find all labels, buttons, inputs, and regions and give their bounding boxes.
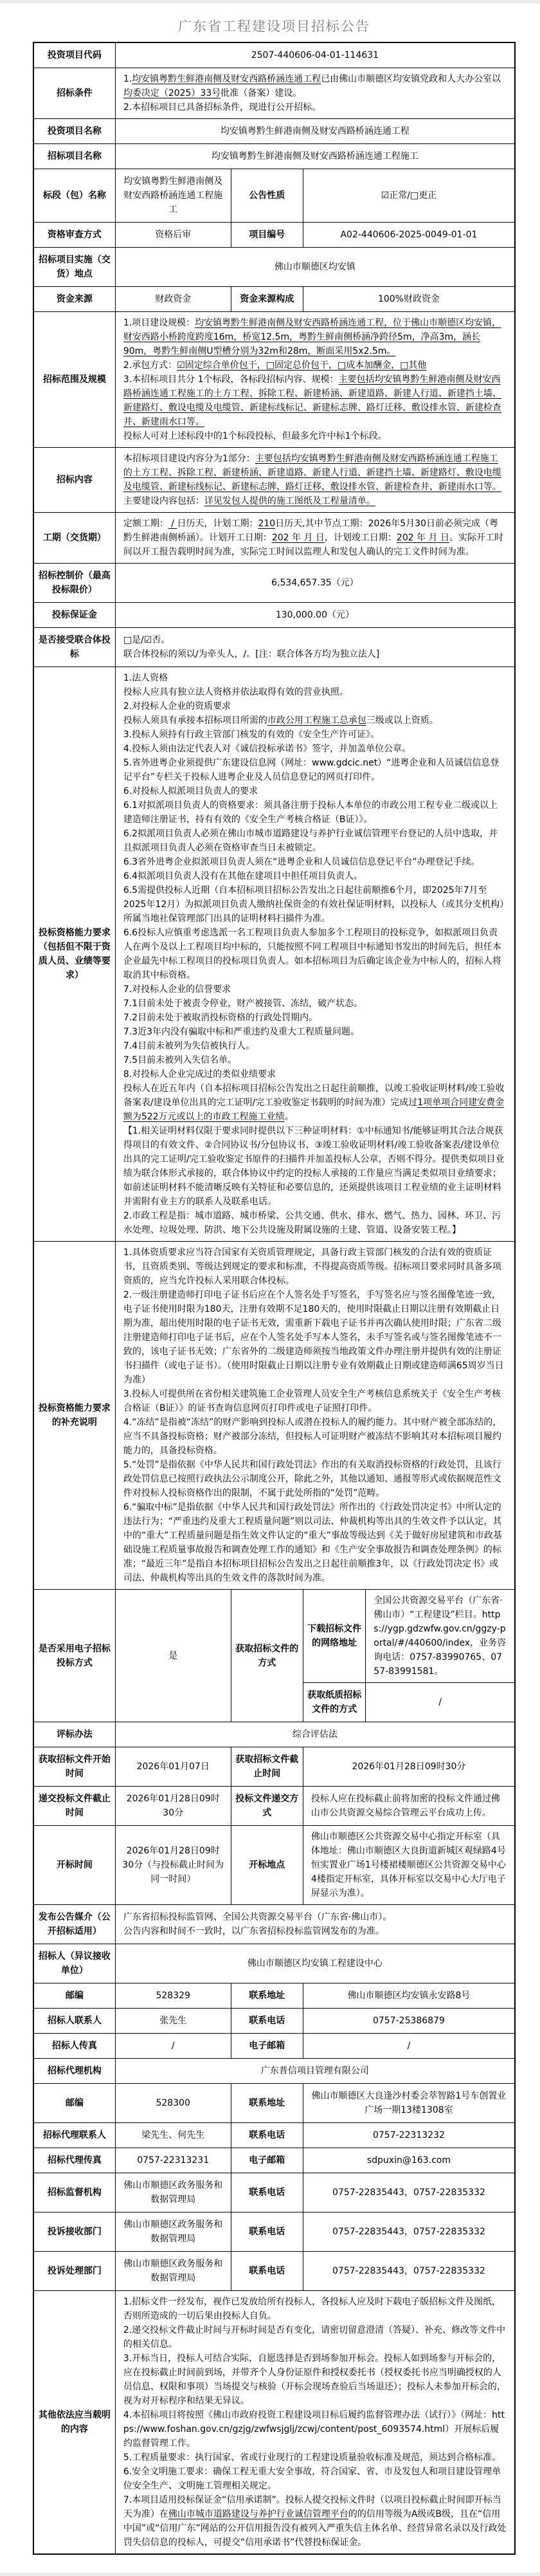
row-agency-fax: 招标代理传真 0757-22313231 电子邮箱 sdpuxin@163.co… [33,2148,515,2173]
qualification-requirements-label: 投标资格能力要求（包括但不限于资质人员、业绩等要求） [33,667,115,1242]
paragraph: 2.承包方式：☑固定综合单价包干，□固定总价包干，□成本加酬金，□其他 [123,358,507,373]
paragraph: 6.“骗取中标”是指依据《中华人民共和国行政处罚法》所作出的《行政处罚决定书》中… [123,1500,507,1585]
row-duration: 工期（交货期） 定额工期： / 日历天，计划工期：210日历天,其中节点工期：2… [33,513,515,564]
paragraph: 7.3近3年内没有骗取中标和严重违约及重大工程质量问题。 [123,1025,507,1039]
row-bid-opening: 开标时间 2026年01月28日09时30分（与投标截止时间为同一时间） 开标地… [33,1826,515,1905]
delivery-place-label: 招标项目实施（交货）地点 [33,248,115,287]
paragraph: 5.工程质量要求：执行国家、省或行业现行的工程建设质量验收标准及规范，须达到合格… [123,2451,507,2465]
complaint-receiving-value: 佛山市顺德区政务服务和数据管理局 [115,2213,231,2252]
paragraph: 4.“冻结”是指被“冻结”的财产影响到投标人或潜在投标人的履约能力。其中财产被全… [123,1415,507,1458]
paragraph: 投标人在近五年内（自本招标项目招标公告发出之日起往前顺推，以竣工验收证明材料/竣… [123,1081,507,1124]
evaluation-method-value: 综合评估法 [115,1722,515,1747]
download-address-label: 下载招标文件的网络地址 [303,1590,365,1683]
row-project-code: 投资项目代码 2507-440606-04-01-114631 [33,42,515,68]
other-contents-value: 1.招标文件一经发布，视作已发放给所有投标人，各投标人应及时下载电子版招标文件及… [115,2291,515,2555]
tenderer-postcode-value: 528329 [115,1983,231,2009]
text-segment-underlined: 210 [258,519,275,529]
tenderer-fax-value: / [115,2034,231,2059]
project-number-label: 项目编号 [231,223,303,248]
paragraph: 8.对投标人企业完成过的类似业绩要求 [123,1067,507,1081]
submission-method-label: 投标文件递交方式 [231,1787,303,1826]
tender-content-label: 招标内容 [33,448,115,513]
announcement-table: 投资项目代码 2507-440606-04-01-114631 招标条件 1.均… [33,42,516,2555]
agency-value: 广东普信项目管理有限公司 [115,2059,515,2084]
paragraph: 本招标项目建设内容分为1部分：主要包括均安镇粤黔生鲜港南侧及财安西路桥涵连通工程… [123,452,507,494]
qualification-requirements-value: 1.法人资格 投标人应具有独立法人资格并依法取得有效的营业执照。 2.对投标人企… [115,667,515,1242]
agency-label: 招标代理机构 [33,2059,115,2084]
document-start-time-value: 2026年01月07日 [115,1747,231,1787]
complaint-receiving-label: 投诉接收部门 [33,2213,115,2252]
bid-opening-time-label: 开标时间 [33,1826,115,1905]
tender-content-value: 本招标项目建设内容分为1部分：主要包括均安镇粤黔生鲜港南侧及财安西路桥涵连通工程… [115,448,515,513]
text-segment: 1. [123,74,132,84]
download-address-value: 全国公共资源交易平台（广东省·佛山市）“工程建设”栏目。https://ygp.… [366,1590,515,1683]
bid-opening-place-value: 佛山市顺德区公共资源交易中心指定开标室（具体地址：佛山市顺德区大良街道新城区观绿… [303,1826,515,1905]
row-electronic-bidding: 是否采用电子招标投标方式 是 获取招标文件的方式 下载招标文件的网络地址 全国公… [33,1590,515,1683]
supervisor-label: 招标监督机构 [33,2173,115,2213]
row-tenderer-fax: 招标人传真 / 电子邮箱 / [33,2034,515,2059]
paragraph: 3.投标人可提供所在省份相关建筑施工企业管理人员安全生产考核信息系统关于《安全生… [123,1387,507,1415]
row-supervisor: 招标监督机构 佛山市顺德区政务服务和数据管理局 联系电话 0757-228354… [33,2173,515,2213]
tenderer-phone-label: 联系电话 [231,2009,303,2034]
funding-source-label: 资金来源 [33,287,115,312]
text-segment: 1.项目建设规模： [123,318,195,328]
complaint-handling-phone-value: 0757-22835443，0757-22835332 [303,2252,515,2291]
paragraph: □是/☑否。 [123,633,507,647]
paragraph: 【1.相关证明材料仅限于要求同时提供以下三种证明材料：①中标通知书/能够证明其合… [123,1124,507,1209]
row-submission-deadline: 递交投标文件截止时间 2026年01月28日09时30分 投标文件递交方式 投标… [33,1787,515,1826]
tenderer-address-label: 联系地址 [231,1983,303,2009]
tenderer-label: 招标人（异议接收单位） [33,1944,115,1983]
agency-fax-label: 招标代理传真 [33,2148,115,2173]
consortium-value: □是/☑否。 联合体投标的须以/为牵头人，/。[注：联合体各方均为独立法人] [115,628,515,667]
complaint-handling-value: 佛山市顺德区政务服务和数据管理局 [115,2252,231,2291]
row-complaint-handling: 投诉处理部门 佛山市顺德区政务服务和数据管理局 联系电话 0757-228354… [33,2252,515,2291]
announcement-media-value: 广东省招标投标监管网、全国公共资源交易平台（广东省·佛山市）。 公告内容和时间不… [115,1905,515,1944]
text-segment-underlined: 市政公用工程施工总承包 [267,715,366,726]
tender-conditions-value: 1.均安镇粤黔生鲜港南侧及财安西路桥涵连通工程已由佛山市顺德区均安镇党政和人大办… [115,68,515,119]
paragraph: 6.6投标人应慎重考虑选派一名工程项目负责人参加多个工程项目的投标竞争，如拟派项… [123,926,507,982]
funding-composition-label: 资金来源构成 [231,287,303,312]
paragraph: 7.对投标人企业的信誉要求 [123,982,507,997]
tenderer-email-value: / [303,2034,515,2059]
text-segment: 已由佛山市顺德区均安镇党政和人大办公室以 [321,74,501,84]
bid-bond-value: 130,000.00（元） [115,603,515,628]
complaint-handling-phone-label: 联系电话 [231,2252,303,2291]
paper-document-label: 获取纸质招标文件的方式 [303,1683,365,1722]
document-start-time-label: 获取招标文件开始时间 [33,1747,115,1787]
agency-contact-label: 招标代理联系人 [33,2123,115,2148]
supervisor-phone-label: 联系电话 [231,2173,303,2213]
tender-scope-label: 招标范围及规模 [33,312,115,448]
agency-contact-value: 梁先生、何先生 [115,2123,231,2148]
paragraph: 投标人可对上述标段中的1个标段投标，但最多允许中标1个标段。 [123,429,507,443]
paragraph: 1.招标文件一经发布，视作已发放给所有投标人，各投标人应及时下载电子版招标文件及… [123,2295,507,2323]
row-tender-project-name: 招标项目名称 均安镇粤黔生鲜港南侧及财安西路桥涵连通工程施工 [33,144,515,169]
control-price-label: 招标控制价（最高投标限价） [33,564,115,603]
document-deadline-value: 2026年01月28日09时30分 [303,1747,515,1787]
evaluation-method-label: 评标办法 [33,1722,115,1747]
paragraph: 6.5需提供投标人近期（自本招标项目招标公告发出之日起往前顺推6个月，即2025… [123,883,507,926]
row-agency-contact: 招标代理联系人 梁先生、何先生 联系电话 0757-22313232 [33,2123,515,2148]
row-qualification-review: 资格审查方式 资格后审 项目编号 A02-440606-2025-0049-01… [33,223,515,248]
paragraph: 7.本项目适用投标保证金“信用承诺制”。投标人提交投标文件时（以项目投标截止时间… [123,2493,507,2550]
row-agency: 招标代理机构 广东普信项目管理有限公司 [33,2059,515,2084]
submission-method-value: 投标人应在投标截止前将加密的投标文件通过佛山市公共资源交易综合管理云平台成功上传… [303,1787,515,1826]
paragraph: 6.2拟派项目负责人必须在佛山市城市道路建设与养护行业诚信管理平台登记的人员中选… [123,827,507,855]
row-evaluation-method: 评标办法 综合评估法 [33,1722,515,1747]
agency-postcode-label: 邮编 [33,2084,115,2123]
text-segment: 本招标项目建设内容分为1部分： [123,454,255,464]
row-qualification-supplement: 投标资格能力要求的补充说明 1.具体资质要求应当符合国家有关资质管理规定，具备行… [33,1242,515,1590]
complaint-handling-label: 投诉处理部门 [33,2252,115,2291]
text-segment-underlined: 均委决定（2025）33号 [123,88,221,98]
other-contents-label: 其他依法应当载明的内容 [33,2291,115,2555]
row-tenderer-postcode: 邮编 528329 联系地址 佛山市顺德区均安镇永安路8号 [33,1983,515,2009]
bid-opening-time-value: 2026年01月28日09时30分（与投标截止时间为同一时间） [115,1826,231,1905]
consortium-label: 是否接受联合体投标 [33,628,115,667]
row-other-contents: 其他依法应当载明的内容 1.招标文件一经发布，视作已发放给所有投标人，各投标人应… [33,2291,515,2555]
paragraph: 1.均安镇粤黔生鲜港南侧及财安西路桥涵连通工程已由佛山市顺德区均安镇党政和人大办… [123,72,507,100]
supervisor-value: 佛山市顺德区政务服务和数据管理局 [115,2173,231,2213]
bid-opening-place-label: 开标地点 [231,1826,303,1905]
investment-project-name-label: 投资项目名称 [33,119,115,144]
text-segment-underlined: / [168,519,177,529]
project-code-label: 投资项目代码 [33,42,115,68]
agency-phone-label: 联系电话 [231,2123,303,2148]
row-document-time: 获取招标文件开始时间 2026年01月07日 获取招标文件截止时间 2026年0… [33,1747,515,1787]
row-bid-bond: 投标保证金 130,000.00（元） [33,603,515,628]
text-segment: 2.承包方式： [123,360,177,371]
row-complaint-receiving: 投诉接收部门 佛山市顺德区政务服务和数据管理局 联系电话 0757-228354… [33,2213,515,2252]
duration-label: 工期（交货期） [33,513,115,564]
paragraph: 公告内容和时间不一致时，以广东省招标投标监管网发布的为准。 [123,1924,507,1938]
announcement-document: 广东省工程建设项目招标公告 投资项目代码 2507-440606-04-01-1… [0,3,540,2555]
row-tender-conditions: 招标条件 1.均安镇粤黔生鲜港南侧及财安西路桥涵连通工程已由佛山市顺德区均安镇党… [33,68,515,119]
paragraph: 3.本招标项目共分 1个标段，各标段招标内容、规模：主要包括均安镇粤黔生鲜港南侧… [123,373,507,429]
paragraph: 投标人须具有承接本招标项目所需的市政公用工程施工总承包三级或以上资质。 [123,713,507,728]
bid-bond-label: 投标保证金 [33,603,115,628]
complaint-receiving-phone-value: 0757-22835443，0757-22835332 [303,2213,515,2252]
tender-project-name-value: 均安镇粤黔生鲜港南侧及财安西路桥涵连通工程施工 [115,144,515,169]
control-price-value: 6,534,657.35（元） [115,564,515,603]
text-segment: 三级或以上资质。 [366,715,438,726]
tender-project-name-label: 招标项目名称 [33,144,115,169]
row-control-price: 招标控制价（最高投标限价） 6,534,657.35（元） [33,564,515,603]
qualification-review-label: 资格审查方式 [33,223,115,248]
row-agency-postcode: 邮编 528300 联系地址 佛山市顺德区大良逢沙村委会萃智路1号车创置业广场一… [33,2084,515,2123]
qualification-review-value: 资格后审 [115,223,231,248]
funding-source-value: 财政资金 [115,287,231,312]
row-section-name: 标段（包）名称 均安镇粤黔生鲜港南侧及财安西路桥涵连通工程施工 公告性质 ☑正常… [33,169,515,223]
tenderer-contact-value: 张先生 [115,2009,231,2034]
tender-conditions-label: 招标条件 [33,68,115,119]
tenderer-value: 佛山市顺德区均安镇工程建设中心 [115,1944,515,1983]
section-name-label: 标段（包）名称 [33,169,115,223]
row-consortium: 是否接受联合体投标 □是/☑否。 联合体投标的须以/为牵头人，/。[注：联合体各… [33,628,515,667]
paragraph: 2.市政工程是指：城市道路、城市桥梁、公共交通、供水、排水、燃气、热力、园林、环… [123,1209,507,1237]
tenderer-fax-label: 招标人传真 [33,2034,115,2059]
text-segment-underlined: 202 年 月 日 [272,533,325,543]
announcement-media-label: 发布公告媒介（公开招标适用） [33,1905,115,1944]
paragraph: 联合体投标的须以/为牵头人，/。[注：联合体各方均为独立法人] [123,647,507,661]
paragraph: 2.对投标人企业的资质要求 [123,699,507,713]
notice-nature-value: ☑正常/□更正 [303,169,515,223]
tenderer-postcode-label: 邮编 [33,1983,115,2009]
paragraph: 5.省外进粤企业须提供广东建设信息网（网址：www.gdcic.net）“进粤企… [123,756,507,784]
row-tenderer: 招标人（异议接收单位） 佛山市顺德区均安镇工程建设中心 [33,1944,515,1983]
paragraph: 6.1对拟派项目负责人的资格要求：须具备注册于投标人本单位的市政公用工程专业二级… [123,798,507,827]
notice-nature-label: 公告性质 [231,169,303,223]
text-segment: 定额工期： [123,519,168,529]
paragraph: 7.5目前未被列入失信名单。 [123,1053,507,1067]
tenderer-email-label: 电子邮箱 [231,2034,303,2059]
row-investment-project-name: 投资项目名称 均安镇粤黔生鲜港南侧及财安西路桥涵连通工程 [33,119,515,144]
paragraph: 6.4拟派项目负责人没有在其他在建项目中担任项目负责人。 [123,869,507,883]
paragraph: 3.投标人须持有行政主管部门核发的有效的《安全生产许可证》。 [123,728,507,742]
paragraph: 5.“处罚”是指依据《中华人民共和国行政处罚法》作出的有关取消投标资格的行政处罚… [123,1458,507,1500]
delivery-place-value: 佛山市顺德区均安镇 [115,248,515,287]
paragraph: 1.具体资质要求应当符合国家有关资质管理规定，具备行政主管部门核发的合法有效的资… [123,1246,507,1288]
funding-composition-value: 100%财政资金 [303,287,515,312]
row-qualification-requirements: 投标资格能力要求（包括但不限于资质人员、业绩等要求） 1.法人资格 投标人应具有… [33,667,515,1242]
paragraph: 4.本招标项目将按照《佛山市政府投资工程建设项目标后履约监督管理办法（试行）》（… [123,2408,507,2451]
page-bottom-edge [0,2573,540,2576]
page-title: 广东省工程建设项目招标公告 [33,16,516,35]
paragraph: 2.一级注册建造师打印电子证书后应在个人签名处手写签名，手写签名应与签名图像笔迹… [123,1288,507,1387]
text-segment: 批准（备案）建设。 [221,88,301,98]
qualification-supplement-value: 1.具体资质要求应当符合国家有关资质管理规定，具备行政主管部门核发的合法有效的资… [115,1242,515,1590]
duration-value: 定额工期： / 日历天，计划工期：210日历天,其中节点工期：2026年5月30… [115,513,515,564]
row-tender-content: 招标内容 本招标项目建设内容分为1部分：主要包括均安镇粤黔生鲜港南侧及财安西路桥… [33,448,515,513]
text-segment-underlined: 佛山市城市道路建设与养护行业诚信管理平台 [168,2509,348,2519]
agency-postcode-value: 528300 [115,2084,231,2123]
paragraph: 7.1目前未处于被责令停业，财产被接管、冻结，破产状态。 [123,997,507,1011]
text-segment: ，计划竣工日期： [325,533,397,543]
document-deadline-label: 获取招标文件截止时间 [231,1747,303,1787]
qualification-supplement-label: 投标资格能力要求的补充说明 [33,1242,115,1590]
text-segment-underlined: ☑固定综合单价包干，□固定总价包干，□成本加酬金，□其他 [177,360,426,371]
agency-email-label: 电子邮箱 [231,2148,303,2173]
paragraph: 7.2目前未处于被取消投标资格的行政处罚期内。 [123,1011,507,1025]
agency-email-value: sdpuxin@163.com [303,2148,515,2173]
paragraph: 3.开标当日，投标人可结合实际，自愿选择是否到场参加开标会。投标人如到场参与开标… [123,2351,507,2408]
row-announcement-media: 发布公告媒介（公开招标适用） 广东省招标投标监管网、全国公共资源交易平台（广东省… [33,1905,515,1944]
tender-scope-value: 1.项目建设规模：均安镇粤黔生鲜港南侧及财安西路桥涵连通工程，位于佛山市顺德区均… [115,312,515,448]
text-segment-underlined: 202 年 月 日 [397,533,449,543]
complaint-receiving-phone-label: 联系电话 [231,2213,303,2252]
tenderer-phone-value: 0757-25386879 [303,2009,515,2034]
paragraph: 7.4目前未被列为失信被执行人。 [123,1039,507,1053]
electronic-bidding-label: 是否采用电子招标投标方式 [33,1590,115,1722]
text-segment: 主要建设内容包括： [123,496,204,506]
paragraph: 2.递交投标文件截止时间与开标时间是否有变化，请密切留意澄清（答疑）、补充、修改… [123,2323,507,2351]
tenderer-address-value: 佛山市顺德区均安镇永安路8号 [303,1983,515,2009]
investment-project-name-value: 均安镇粤黔生鲜港南侧及财安西路桥涵连通工程 [115,119,515,144]
agency-address-label: 联系地址 [231,2084,303,2123]
paragraph: 1.法人资格 [123,671,507,685]
electronic-bidding-value: 是 [115,1590,231,1722]
paper-document-value: / [366,1683,515,1722]
tenderer-contact-label: 招标人联系人 [33,2009,115,2034]
project-code-value: 2507-440606-04-01-114631 [115,42,515,68]
agency-fax-value: 0757-22313231 [115,2148,231,2173]
row-tenderer-contact: 招标人联系人 张先生 联系电话 0757-25386879 [33,2009,515,2034]
text-segment: 。 [285,1112,294,1122]
paragraph: 2.本招标项目已具备招标条件，现进行公开招标。 [123,100,507,115]
text-segment: 投标人须具有承接本招标项目所需的 [123,715,267,726]
paragraph: 6.安全文明施工要求：确保工程无重大安全事故，符合国家、省、市及发包人和项目建设… [123,2465,507,2493]
project-number-value: A02-440606-2025-0049-01-01 [303,223,515,248]
paragraph: 1.项目建设规模：均安镇粤黔生鲜港南侧及财安西路桥涵连通工程，位于佛山市顺德区均… [123,316,507,358]
text-segment-underlined: 详见发包人提供的施工图纸及工程量清单。 [204,496,375,506]
agency-phone-value: 0757-22313232 [303,2123,515,2148]
submission-deadline-label: 递交投标文件截止时间 [33,1787,115,1826]
text-segment: 3.本招标项目共分 1个标段，各标段招标内容、规模： [123,374,339,385]
agency-address-value: 佛山市顺德区大良逢沙村委会萃智路1号车创置业广场一期13楼1308室 [303,2084,515,2123]
paragraph: 定额工期： / 日历天，计划工期：210日历天,其中节点工期：2026年5月30… [123,517,507,559]
submission-deadline-value: 2026年01月28日09时30分 [115,1787,231,1826]
document-acquisition-method-label: 获取招标文件的方式 [231,1590,303,1722]
paragraph: 6.3省外进粤企业拟派项目负责人须在“进粤企业和人员诚信信息登记平台”办理登记手… [123,855,507,869]
section-name-value: 均安镇粤黔生鲜港南侧及财安西路桥涵连通工程施工 [115,169,231,223]
row-tender-scope: 招标范围及规模 1.项目建设规模：均安镇粤黔生鲜港南侧及财安西路桥涵连通工程，位… [33,312,515,448]
supervisor-phone-value: 0757-22835443，0757-22835332 [303,2173,515,2213]
paragraph: 6.对投标人拟派项目负责人的要求 [123,784,507,798]
row-funding-source: 资金来源 财政资金 资金来源构成 100%财政资金 [33,287,515,312]
paragraph: 4.投标人须由法定代表人对《诚信投标承诺书》签字，并加盖单位公章。 [123,742,507,756]
paragraph: 广东省招标投标监管网、全国公共资源交易平台（广东省·佛山市）。 [123,1910,507,1924]
paragraph: 投标人应具有独立法人资格并依法取得有效的营业执照。 [123,685,507,699]
text-segment: 日历天，计划工期： [177,519,258,529]
paragraph: 主要建设内容包括：详见发包人提供的施工图纸及工程量清单。 [123,494,507,508]
row-delivery-place: 招标项目实施（交货）地点 佛山市顺德区均安镇 [33,248,515,287]
text-segment-underlined: 均安镇粤黔生鲜港南侧及财安西路桥涵连通工程 [132,74,321,84]
